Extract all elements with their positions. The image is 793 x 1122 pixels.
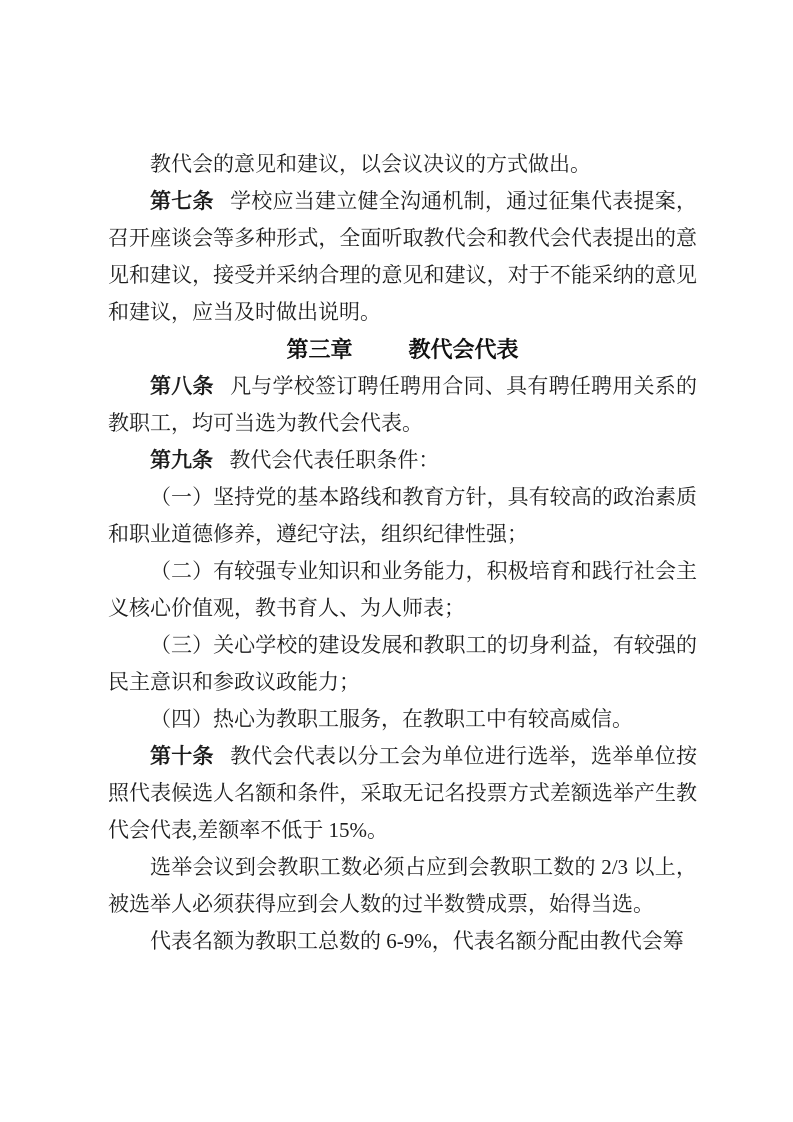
paragraph-text: 代表名额为教职工总数的 6-9%，代表名额分配由教代会筹 bbox=[150, 929, 684, 953]
paragraph-condition-3: （三）关心学校的建设发展和教职工的切身利益，有较强的民主意识和参政议政能力； bbox=[108, 627, 697, 701]
paragraph-condition-2: （二）有较强专业知识和业务能力，积极培育和践行社会主义核心价值观，教书育人、为人… bbox=[108, 553, 697, 627]
paragraph-article-9: 第九条教代会代表任职条件： bbox=[108, 442, 697, 479]
paragraph-quota: 代表名额为教职工总数的 6-9%，代表名额分配由教代会筹 bbox=[108, 923, 697, 960]
paragraph-text: 教代会的意见和建议，以会议决议的方式做出。 bbox=[150, 152, 591, 176]
chapter-heading: 第三章教代会代表 bbox=[108, 331, 697, 368]
article-number: 第八条 bbox=[150, 374, 214, 398]
paragraph-condition-4: （四）热心为教职工服务，在教职工中有较高威信。 bbox=[108, 701, 697, 738]
paragraph-article-10: 第十条教代会代表以分工会为单位进行选举，选举单位按照代表候选人名额和条件，采取无… bbox=[108, 738, 697, 849]
paragraph-continuation: 教代会的意见和建议，以会议决议的方式做出。 bbox=[108, 146, 697, 183]
article-number: 第九条 bbox=[150, 448, 213, 472]
article-number: 第七条 bbox=[150, 189, 214, 213]
paragraph-text: （四）热心为教职工服务，在教职工中有较高威信。 bbox=[150, 707, 633, 731]
article-number: 第十条 bbox=[150, 744, 214, 768]
paragraph-text: （三）关心学校的建设发展和教职工的切身利益，有较强的民主意识和参政议政能力； bbox=[108, 633, 697, 694]
paragraph-article-7: 第七条学校应当建立健全沟通机制，通过征集代表提案，召开座谈会等多种形式，全面听取… bbox=[108, 183, 697, 331]
paragraph-text: 教代会代表任职条件： bbox=[229, 448, 439, 472]
paragraph-election-quorum: 选举会议到会教职工数必须占应到会教职工数的 2/3 以上，被选举人必须获得应到会… bbox=[108, 849, 697, 923]
paragraph-article-8: 第八条凡与学校签订聘任聘用合同、具有聘任聘用关系的教职工，均可当选为教代会代表。 bbox=[108, 368, 697, 442]
paragraph-text: （一）坚持党的基本路线和教育方针，具有较高的政治素质和职业道德修养，遵纪守法，组… bbox=[108, 485, 697, 546]
paragraph-condition-1: （一）坚持党的基本路线和教育方针，具有较高的政治素质和职业道德修养，遵纪守法，组… bbox=[108, 479, 697, 553]
document-page: 教代会的意见和建议，以会议决议的方式做出。 第七条学校应当建立健全沟通机制，通过… bbox=[0, 0, 793, 1122]
chapter-title: 教代会代表 bbox=[409, 337, 519, 362]
paragraph-text: 选举会议到会教职工数必须占应到会教职工数的 2/3 以上，被选举人必须获得应到会… bbox=[108, 855, 697, 916]
paragraph-text: （二）有较强专业知识和业务能力，积极培育和践行社会主义核心价值观，教书育人、为人… bbox=[108, 559, 697, 620]
chapter-number: 第三章 bbox=[286, 337, 352, 362]
